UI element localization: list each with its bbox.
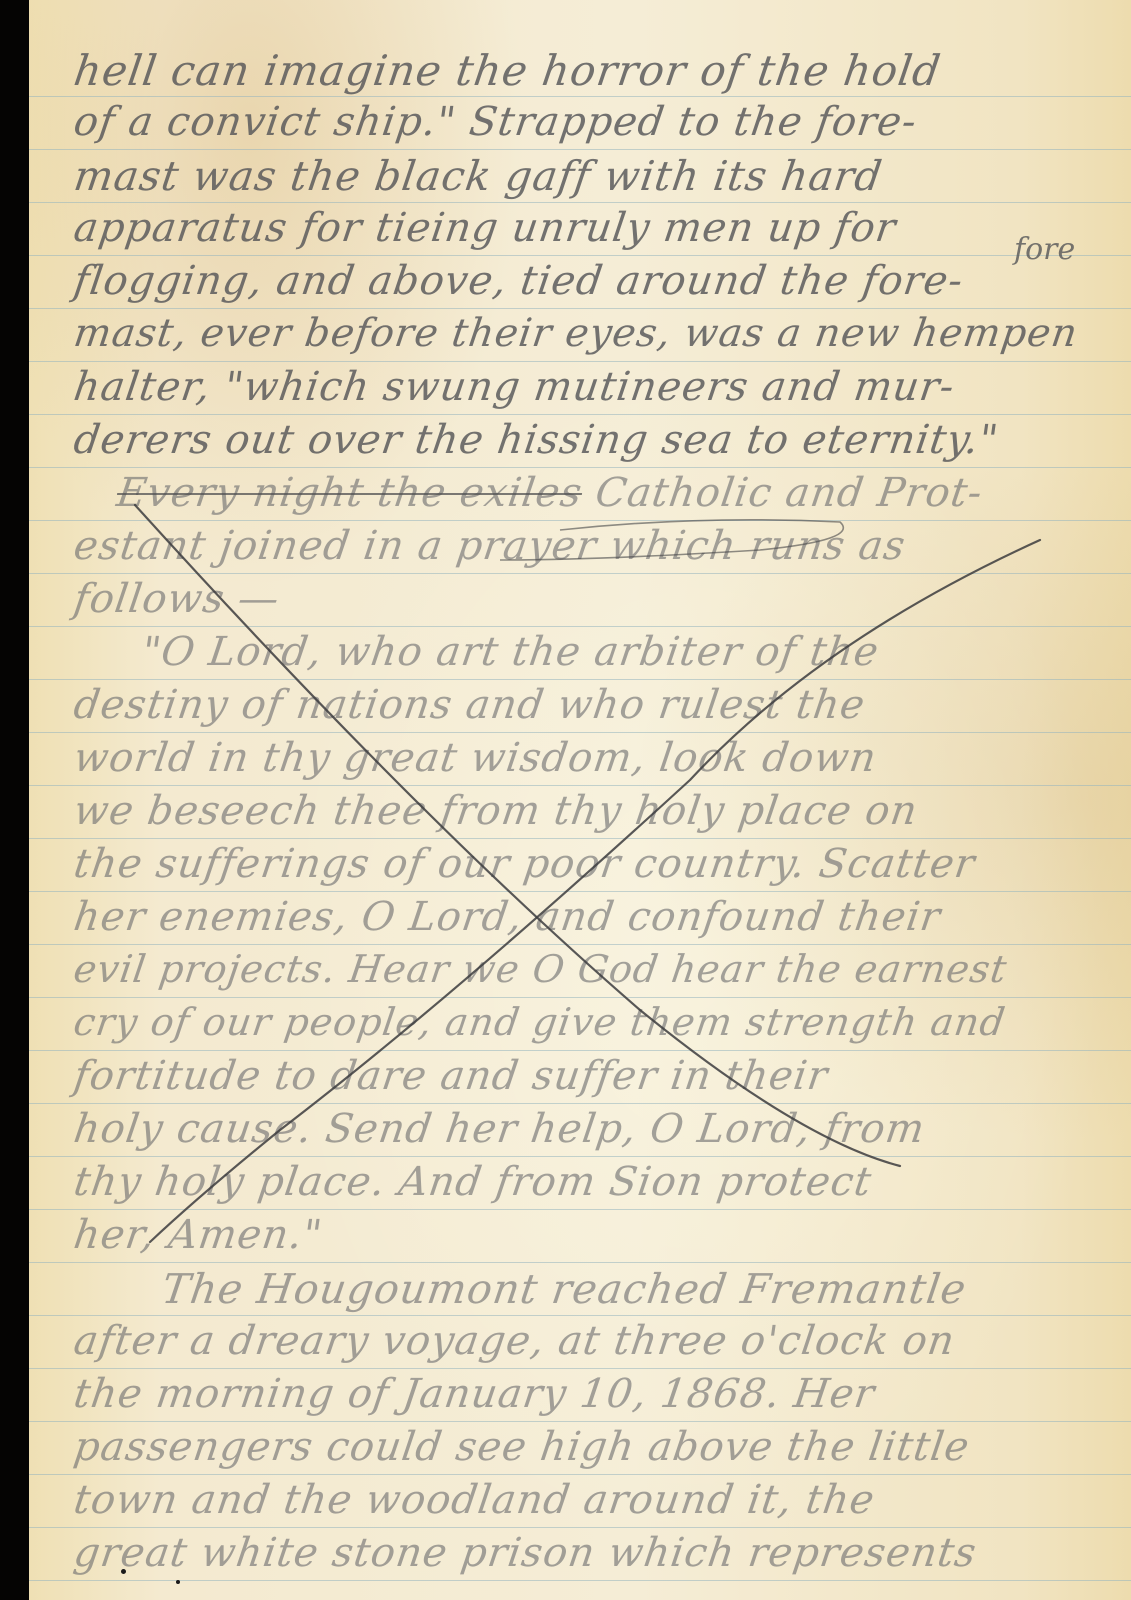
ruled-line xyxy=(29,573,1131,574)
ruled-line xyxy=(29,202,1131,203)
ruled-line xyxy=(29,1050,1131,1051)
ruled-line xyxy=(29,149,1131,150)
ink-speck xyxy=(121,1569,126,1574)
prayer-line: evil projects. Hear we O God hear the ea… xyxy=(71,947,1010,991)
ruled-line xyxy=(29,96,1131,97)
struck-text: Every night the exiles xyxy=(114,470,585,516)
ruled-line xyxy=(29,626,1131,627)
text-line-partially-struck: Every night the exiles Catholic and Prot… xyxy=(114,470,986,516)
prayer-line: the sufferings of our poor country. Scat… xyxy=(71,841,978,887)
prayer-line: "O Lord, who art the arbiter of the xyxy=(139,629,882,675)
text-line: of a convict ship." Strapped to the fore… xyxy=(71,99,920,145)
ruled-line xyxy=(29,308,1131,309)
scan-border xyxy=(0,0,30,1600)
prayer-line: we beseech thee from thy holy place on xyxy=(71,788,921,834)
manuscript-page: hell can imagine the horror of the hold … xyxy=(29,0,1131,1600)
prayer-line: holy cause. Send her help, O Lord, from xyxy=(71,1106,928,1152)
ruled-line xyxy=(29,467,1131,468)
ruled-line xyxy=(29,1209,1131,1210)
text-line: hell can imagine the horror of the hold xyxy=(71,46,944,95)
text-line: passengers could see high above the litt… xyxy=(71,1424,973,1470)
prayer-line: world in thy great wisdom, look down xyxy=(71,735,880,781)
text-line: mast, ever before their eyes, was a new … xyxy=(71,311,1081,356)
prayer-line: cry of our people, and give them strengt… xyxy=(71,1000,1009,1044)
text-line: derers out over the hissing sea to etern… xyxy=(71,417,1002,463)
ruled-line xyxy=(29,785,1131,786)
ruled-line xyxy=(29,1156,1131,1157)
ruled-line xyxy=(29,1421,1131,1422)
ruled-line xyxy=(29,944,1131,945)
prayer-line: thy holy place. And from Sion protect xyxy=(71,1159,875,1205)
ruled-line xyxy=(29,1580,1131,1581)
text-line: flogging, and above, tied around the for… xyxy=(71,258,966,304)
ruled-line xyxy=(29,1474,1131,1475)
prayer-line: her enemies, O Lord, and confound their xyxy=(71,894,944,940)
prayer-line: destiny of nations and who rulest the xyxy=(71,682,868,728)
text-line: after a dreary voyage, at three o'clock … xyxy=(71,1318,958,1364)
text-line: halter, "which swung mutineers and mur- xyxy=(71,364,958,410)
ruled-line xyxy=(29,732,1131,733)
ruled-line xyxy=(29,1103,1131,1104)
ruled-line xyxy=(29,838,1131,839)
text-line: follows — xyxy=(71,576,283,622)
text-line: estant joined in a prayer which runs as xyxy=(71,523,909,569)
text-line: mast was the black gaff with its hard xyxy=(71,152,886,200)
ruled-line xyxy=(29,1527,1131,1528)
text-remainder: Catholic and Prot- xyxy=(593,470,986,516)
text-line: the morning of January 10, 1868. Her xyxy=(71,1371,878,1417)
ruled-line xyxy=(29,520,1131,521)
ruled-line xyxy=(29,679,1131,680)
ruled-line xyxy=(29,1262,1131,1263)
ruled-line xyxy=(29,414,1131,415)
ruled-line xyxy=(29,1368,1131,1369)
prayer-line: her, Amen." xyxy=(71,1212,325,1258)
ruled-line xyxy=(29,1315,1131,1316)
text-line: great white stone prison which represent… xyxy=(71,1530,980,1576)
ruled-line xyxy=(29,361,1131,362)
ruled-line xyxy=(29,891,1131,892)
ruled-line xyxy=(29,255,1131,256)
ruled-line xyxy=(29,997,1131,998)
prayer-line: fortitude to dare and suffer in their xyxy=(71,1053,831,1099)
ink-speck xyxy=(176,1580,180,1584)
text-line: town and the woodland around it, the xyxy=(71,1477,878,1523)
text-line: The Hougoumont reached Fremantle xyxy=(159,1265,970,1313)
text-line: apparatus for tieing unruly men up for xyxy=(71,205,899,251)
interlinear-insert: fore xyxy=(1014,232,1075,267)
